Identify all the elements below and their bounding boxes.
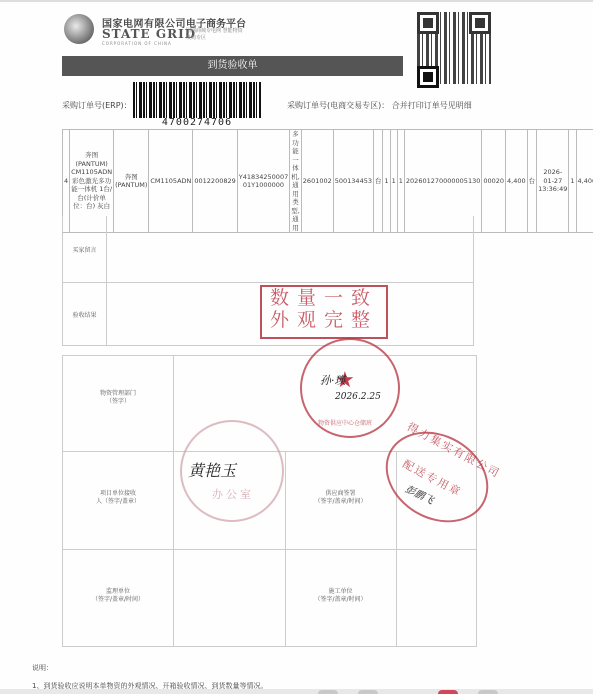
grid-line [63, 549, 476, 550]
ecommerce-order-label-text: 采购订单号(电商交易专区)： [287, 101, 389, 110]
top-border [0, 0, 593, 2]
handwritten-date: 2026.2.25 [335, 392, 381, 402]
toolbar-button[interactable] [318, 690, 338, 694]
cell-line-no: 00020 [482, 130, 506, 233]
toolbar-button[interactable] [358, 690, 378, 694]
cell-amount: 4,400 [576, 130, 593, 233]
office-stamp-text: 办公室 [212, 486, 254, 502]
materials-dept-label: 物资管理部门 （签字） [63, 390, 173, 406]
handwritten-name: 孙·瑛 [320, 372, 346, 388]
buyer-comment-section: 买家留言 [62, 216, 474, 283]
acceptance-result-label: 验收结果 [63, 283, 107, 345]
document-title: 到货验收单 [62, 56, 403, 76]
grid-line [173, 356, 174, 646]
stamp-line-2: 外观完整 [262, 309, 386, 331]
platform-subtitle: 国网商城专电网 慧能物资及购专区 [186, 28, 246, 42]
ecommerce-order-value: 合并打印订单号见明细 [392, 101, 472, 110]
stamp-line-1: 数量一致 [262, 287, 386, 309]
notes-title: 说明： [32, 663, 53, 673]
cell-datetime: 2026-01-27 13:36:49 [537, 130, 569, 233]
buyer-comment-label: 买家留言 [63, 216, 107, 282]
supplier-sign-label: 供应商签署 （签字/盖章/时间） [285, 490, 396, 506]
company-name-en: STATE GRID [102, 27, 196, 41]
barcode-number: 4700274706 [133, 117, 261, 128]
barcode-icon [133, 82, 261, 118]
cell-price: 4,400 [506, 130, 528, 233]
cell-qty: 1 [569, 130, 576, 233]
supervisor-label: 监理单位 （签字/盖章/时间） [63, 588, 173, 604]
erp-order-label: 采购订单号(ERP)： [62, 100, 132, 111]
circle-stamp-bottom-text: 物资供应中心仓储班 [318, 418, 372, 427]
toolbar-button[interactable] [478, 690, 498, 694]
cell-unit2: 台 [527, 130, 537, 233]
company-name-en-sub: CORPORATION OF CHINA [102, 41, 172, 46]
project-receiver-label: 项目单位接收 人（签字/盖章） [63, 490, 173, 506]
receiver-signature: 黄艳玉 [188, 458, 236, 481]
state-grid-logo-icon [64, 14, 94, 44]
quantity-appearance-stamp: 数量一致 外观完整 [260, 285, 388, 339]
viewer-bottom-toolbar [0, 689, 593, 694]
ecommerce-order-label: 采购订单号(电商交易专区)： 合并打印订单号见明细 [287, 100, 472, 111]
construction-label: 施工单位 （签字/盖章/时间） [285, 588, 396, 604]
acceptance-document-page: 国家电网有限公司 STATE GRID CORPORATION OF CHINA… [0, 0, 593, 694]
toolbar-button-active[interactable] [438, 690, 458, 694]
qr-corner-marker [417, 66, 439, 88]
